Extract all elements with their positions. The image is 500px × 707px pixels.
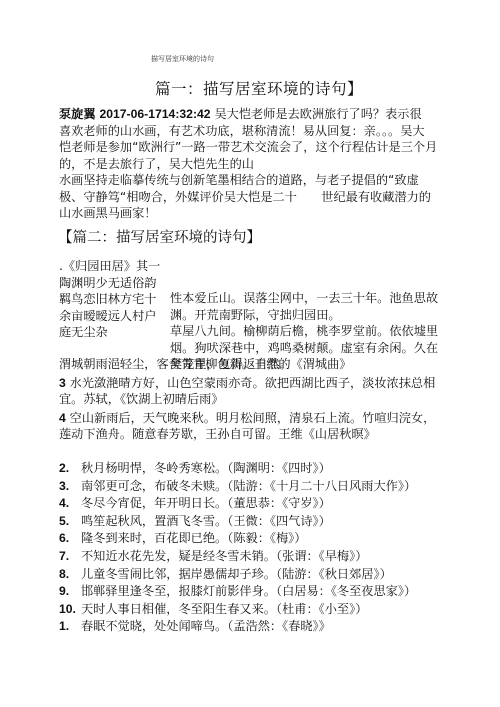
running-header: 描写居室环境的诗句 bbox=[151, 54, 214, 64]
list-number: 6. bbox=[59, 530, 81, 548]
poem-left-line: 余亩暧暧远人村户 bbox=[59, 308, 171, 325]
author-name: 泵旋翼 bbox=[59, 107, 96, 121]
verse-line: 3 水光潋滟晴方好，山色空蒙雨亦奇。欲把西湖比西子，淡妆浓抹总相 bbox=[59, 375, 469, 392]
list-text: 秋月杨明悍，冬岭秀寒松。（陶渊明：《四时》） bbox=[81, 461, 331, 475]
list-text: 儿童冬雪闹比邻，据岸愚儒却子珍。（陆游：《秋日郊居》） bbox=[81, 567, 392, 581]
poem-right-line: 草屋八九间。榆柳荫后檐，桃李罗堂前。依依墟里 bbox=[170, 323, 470, 340]
list-item: 2.秋月杨明悍，冬岭秀寒松。（陶渊明：《四时》） bbox=[59, 460, 479, 478]
section1-title: 篇一：描写居室环境的诗句】 bbox=[155, 77, 363, 99]
poem-list: 2.秋月杨明悍，冬岭秀寒松。（陶渊明：《四时》） 3.南邻更可念，布破冬未赎。（… bbox=[59, 460, 479, 636]
list-item: 8.儿童冬雪闹比邻，据岸愚儒却子珍。（陆游：《秋日郊居》） bbox=[59, 566, 479, 584]
poem-left-line: 羁鸟恋旧林方宅十 bbox=[59, 291, 171, 308]
list-text: 天时人事日相催，冬至阳生春又来。（杜甫：《小至》） bbox=[81, 602, 367, 616]
list-number: 7. bbox=[59, 548, 81, 566]
section1-line: 恺老师是参加“欧洲行”一路一带艺术交流会了，这个行程估计是三个月 bbox=[59, 139, 469, 156]
list-text: 鸣笙起秋风，置酒飞冬雪。（王微：《四气诗》） bbox=[81, 514, 331, 528]
poem-right-line: 渊。开荒南野际，守拙归园田。 bbox=[170, 307, 470, 324]
list-item: 3.南邻更可念，布破冬未赎。（陆游：《十月二十八日风雨大作》） bbox=[59, 478, 479, 496]
verse-line: 宜。苏轼，《饮湖上初晴后雨》 bbox=[59, 391, 469, 408]
list-text: 邯郸驿里逢冬至，报膝灯前影伴身。（白居易：《冬至夜思家》） bbox=[81, 584, 416, 598]
poem-right-line: 性本爱丘山。误落尘网中，一去三十年。池鱼思故 bbox=[170, 290, 470, 307]
list-number: 2. bbox=[59, 460, 81, 478]
section1-line: 的，不是去旅行了，吴大恺先生的山 bbox=[59, 156, 469, 173]
list-text: 春眠不觉晓，处处闻啼鸟。（孟浩然：《春晓》》 bbox=[81, 619, 331, 633]
verses-block: 渭城朝雨浥轻尘，客舍青青柳色新。王维的《渭城曲》 3 水光潋滟晴方好，山色空蒙雨… bbox=[59, 356, 469, 443]
section1-body: 泵旋翼 2017-06-1714:32:42 吴大恺老师是去欧洲旅行了吗？表示很… bbox=[59, 106, 469, 222]
list-number: 1. bbox=[59, 618, 81, 636]
list-item: 10.天时人事日相催，冬至阳生春又来。（杜甫：《小至》） bbox=[59, 601, 479, 619]
list-number: 3. bbox=[59, 478, 81, 496]
poem-left-line: 庭无尘杂 bbox=[59, 324, 171, 341]
list-text: 不知近水花先发，疑是经冬雪未销。（张谓：《早梅》） bbox=[81, 549, 367, 563]
list-number: 8. bbox=[59, 566, 81, 584]
list-item: 7.不知近水花先发，疑是经冬雪未销。（张谓：《早梅》） bbox=[59, 548, 479, 566]
poem-right-line: 烟。狗吠深巷中，鸡鸣桑树颠。虚室有余闲。久在 bbox=[170, 340, 470, 357]
section1-line: 极、守静笃“相吻合，外媒评价吴大恺是二十 世纪最有收藏潜力的 bbox=[59, 189, 469, 206]
section1-line: 水画坚持走临摹传统与创新笔墨相结合的道路，与老子提倡的“致虚 bbox=[59, 172, 469, 189]
list-text: 隆冬到来时，百花即已绝。（陈毅：《梅》） bbox=[81, 531, 306, 545]
list-number: 5. bbox=[59, 513, 81, 531]
list-item: 1.春眠不觉晓，处处闻啼鸟。（孟浩然：《春晓》》 bbox=[59, 618, 479, 636]
verse-number: 4 bbox=[59, 411, 66, 425]
verse-line: 4 空山新雨后，天气晚来秋。明月松间照，清泉石上流。竹喧归浣女， bbox=[59, 410, 469, 427]
poem-left-line: 陶渊明少无适俗韵 bbox=[59, 275, 171, 292]
section1-line: 泵旋翼 2017-06-1714:32:42 吴大恺老师是去欧洲旅行了吗？表示很 bbox=[59, 106, 469, 123]
list-text: 南邻更可念，布破冬未赎。（陆游：《十月二十八日风雨大作》） bbox=[81, 479, 416, 493]
section1-line: 山水画黑马画家！ bbox=[59, 205, 469, 222]
list-number: 10. bbox=[59, 601, 81, 619]
section2-title: 【篇二：描写居室环境的诗句】 bbox=[58, 226, 261, 247]
list-number: 9. bbox=[59, 583, 81, 601]
list-text: 冬尽今宵促，年开明日长。（董思恭：《守岁》） bbox=[81, 496, 331, 510]
section1-line: 喜欢老师的山水画，有艺术功底，堪称清流！易从回复：亲。。。吴大 bbox=[59, 123, 469, 140]
poem-left-column: .《归园田居》其一 陶渊明少无适俗韵 羁鸟恋旧林方宅十 余亩暧暧远人村户 庭无尘… bbox=[59, 258, 171, 341]
verse-number: 3 bbox=[59, 376, 66, 390]
list-item: 6.隆冬到来时，百花即已绝。（陈毅：《梅》） bbox=[59, 530, 479, 548]
poem-left-line: .《归园田居》其一 bbox=[59, 258, 171, 275]
list-item: 4.冬尽今宵促，年开明日长。（董思恭：《守岁》） bbox=[59, 495, 479, 513]
list-item: 5.鸣笙起秋风，置酒飞冬雪。（王微：《四气诗》） bbox=[59, 513, 479, 531]
verse-line: 莲动下渔舟。随意春芳歇，王孙自可留。王维《山居秋暝》 bbox=[59, 426, 469, 443]
verse-line: 渭城朝雨浥轻尘，客舍青青柳色新。王维的《渭城曲》 bbox=[59, 356, 469, 373]
post-timestamp: 2017-06-1714:32:42 bbox=[99, 107, 210, 121]
list-number: 4. bbox=[59, 495, 81, 513]
list-item: 9.邯郸驿里逢冬至，报膝灯前影伴身。（白居易：《冬至夜思家》） bbox=[59, 583, 479, 601]
